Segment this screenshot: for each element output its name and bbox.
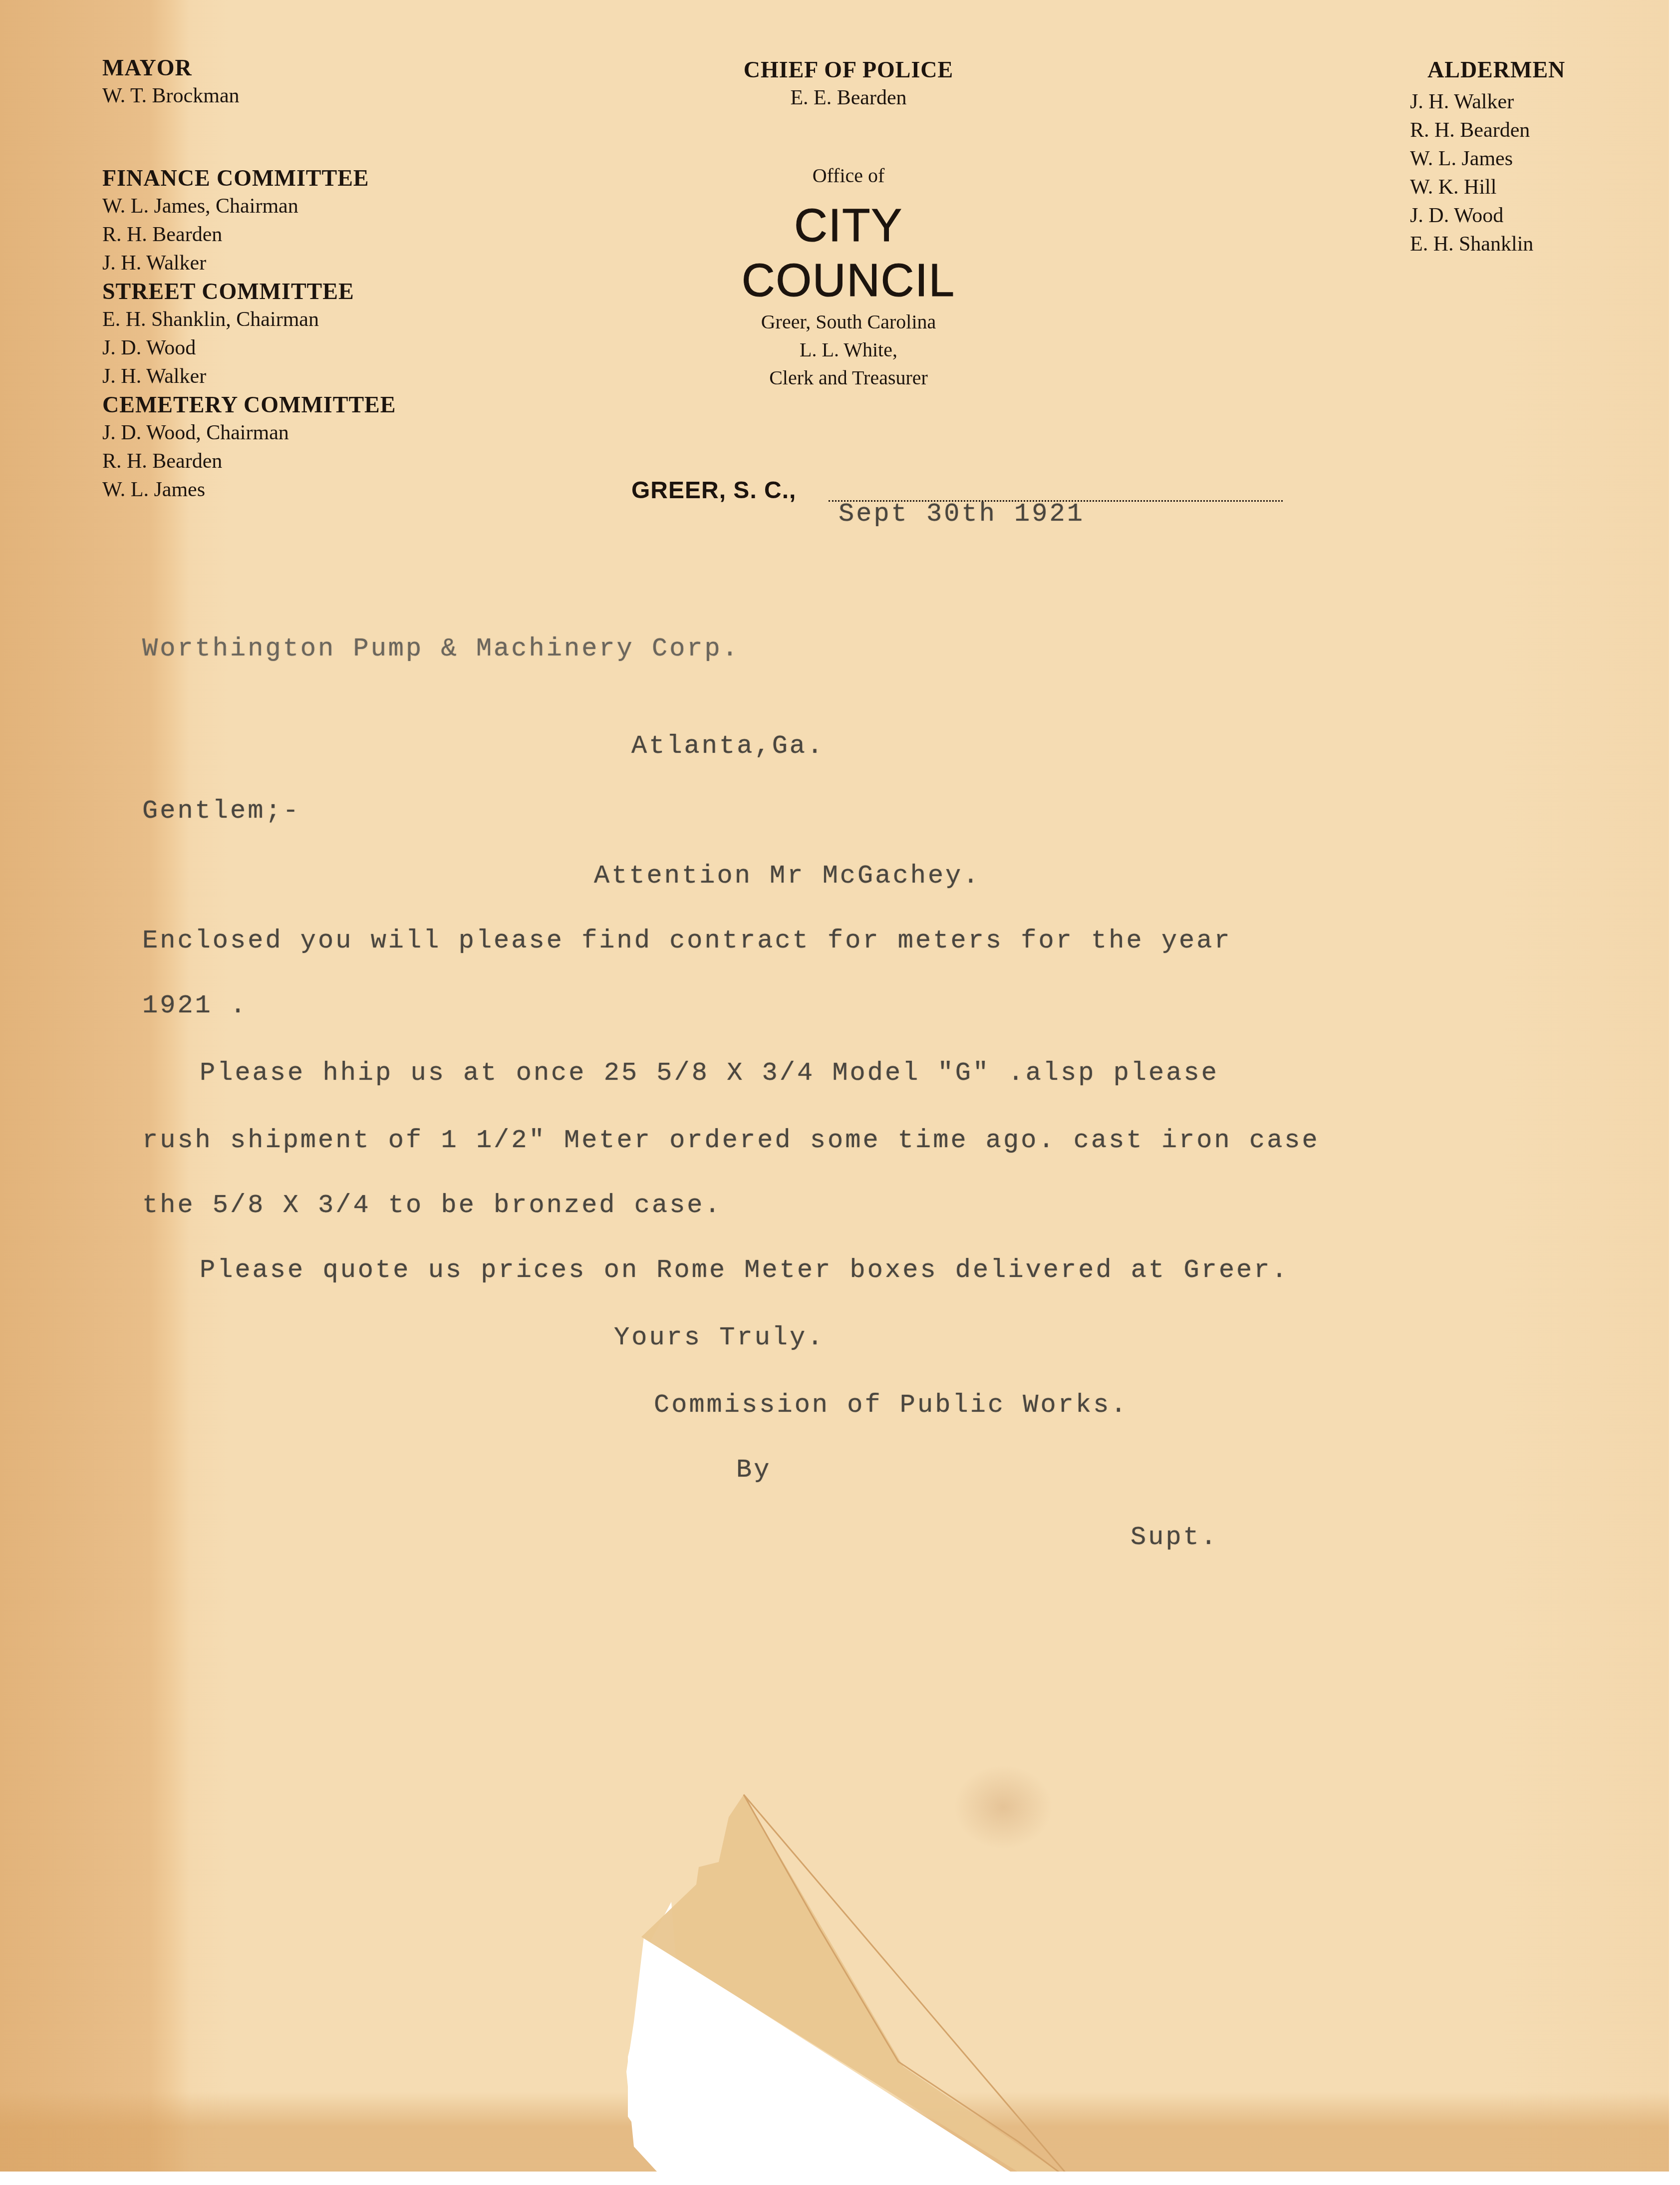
alderman-name: W. L. James xyxy=(1410,145,1565,173)
officials-column: MAYOR W. T. Brockman FINANCE COMMITTEE W… xyxy=(102,54,396,504)
mayor-name: W. T. Brockman xyxy=(102,82,396,110)
chief-of-police-heading: CHIEF OF POLICE xyxy=(699,56,998,84)
city-council-title: CITY COUNCIL xyxy=(699,198,998,308)
body-line: 1921 . xyxy=(142,991,248,1020)
mayor-heading: MAYOR xyxy=(102,54,396,82)
committee-member: J. D. Wood xyxy=(102,334,396,362)
committee-heading: STREET COMMITTEE xyxy=(102,278,396,306)
body-line: rush shipment of 1 1/2" Meter ordered so… xyxy=(142,1126,1320,1155)
aldermen-heading: ALDERMEN xyxy=(1410,56,1565,84)
letterhead-center: CHIEF OF POLICE E. E. Bearden Office of … xyxy=(699,56,998,392)
alderman-name: R. H. Bearden xyxy=(1410,116,1565,145)
aldermen-column: ALDERMEN J. H. Walker R. H. Bearden W. L… xyxy=(1410,56,1565,259)
committee-member: R. H. Bearden xyxy=(102,221,396,249)
committee-member: R. H. Bearden xyxy=(102,447,396,476)
dateline-label: GREER, S. C., xyxy=(631,477,796,504)
clerk-title: Clerk and Treasurer xyxy=(699,364,998,392)
committee-member: W. L. James, Chairman xyxy=(102,192,396,221)
recipient-name: Worthington Pump & Machinery Corp. xyxy=(142,634,740,663)
clerk-name: L. L. White, xyxy=(699,336,998,364)
signature-by: By xyxy=(736,1455,771,1485)
committee-member: W. L. James xyxy=(102,476,396,504)
signature-title: Supt. xyxy=(1130,1523,1218,1552)
body-line: Enclosed you will please find contract f… xyxy=(142,926,1232,955)
cemetery-committee: CEMETERY COMMITTEE J. D. Wood, Chairman … xyxy=(102,391,396,504)
committee-heading: CEMETERY COMMITTEE xyxy=(102,391,396,419)
signature-organization: Commission of Public Works. xyxy=(654,1390,1128,1420)
recipient-city: Atlanta,Ga. xyxy=(631,731,825,761)
alderman-name: J. D. Wood xyxy=(1410,202,1565,230)
alderman-name: E. H. Shanklin xyxy=(1410,230,1565,259)
body-line: the 5/8 X 3/4 to be bronzed case. xyxy=(142,1191,722,1220)
body-line: Please hhip us at once 25 5/8 X 3/4 Mode… xyxy=(200,1058,1219,1088)
committee-member: J. H. Walker xyxy=(102,249,396,278)
alderman-name: W. K. Hill xyxy=(1410,173,1565,202)
finance-committee: FINANCE COMMITTEE W. L. James, Chairman … xyxy=(102,164,396,278)
salutation: Gentlem;- xyxy=(142,796,300,826)
street-committee: STREET COMMITTEE E. H. Shanklin, Chairma… xyxy=(102,278,396,391)
city-location: Greer, South Carolina xyxy=(699,308,998,336)
office-of-label: Office of xyxy=(699,163,998,188)
letter-date: Sept 30th 1921 xyxy=(839,499,1085,529)
mayor-section: MAYOR W. T. Brockman xyxy=(102,54,396,110)
alderman-name: J. H. Walker xyxy=(1410,88,1565,116)
committee-member: J. D. Wood, Chairman xyxy=(102,419,396,447)
committee-heading: FINANCE COMMITTEE xyxy=(102,164,396,192)
committee-member: J. H. Walker xyxy=(102,362,396,391)
attention-line: Attention Mr McGachey. xyxy=(594,861,981,891)
chief-of-police-name: E. E. Bearden xyxy=(699,84,998,112)
body-line: Please quote us prices on Rome Meter box… xyxy=(200,1255,1289,1285)
closing: Yours Truly. xyxy=(614,1323,825,1352)
committee-member: E. H. Shanklin, Chairman xyxy=(102,306,396,334)
